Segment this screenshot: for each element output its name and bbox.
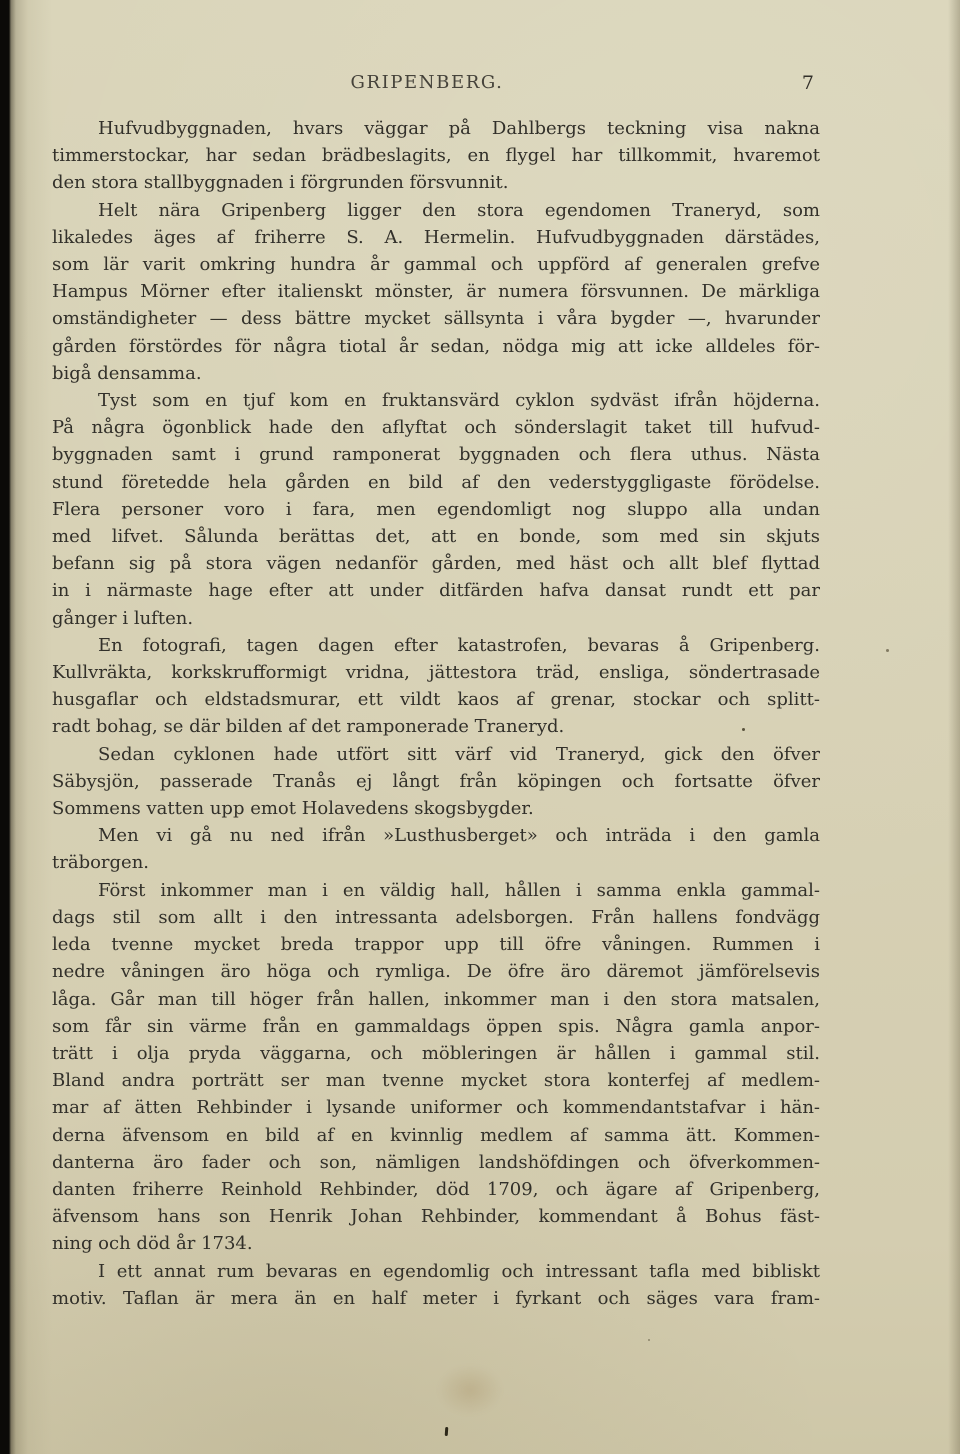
paragraph: Men vi gå nu ned ifrån »Lusthusberget» o… — [52, 822, 820, 876]
text-line: dags stil som allt i den intressanta ade… — [52, 904, 820, 931]
text-line: husgaflar och eldstadsmurar, ett vildt k… — [52, 686, 820, 713]
text-line: äfvensom hans son Henrik Johan Rehbinder… — [52, 1203, 820, 1230]
scan-stain-artifact — [425, 1355, 515, 1425]
scan-mark-artifact — [445, 1427, 449, 1436]
text-line: Tyst som en tjuf kom en fruktansvärd cyk… — [52, 387, 820, 414]
scan-speck-artifact — [886, 649, 889, 652]
body-text: Hufvudbyggnaden, hvars väggar på Dahlber… — [52, 115, 820, 1312]
page-left-edge-shadow — [0, 0, 54, 1454]
text-line: befann sig på stora vägen nedanför gårde… — [52, 550, 820, 577]
text-line: trätt i olja pryda väggarna, och möbleri… — [52, 1040, 820, 1067]
text-line: Bland andra porträtt ser man tvenne myck… — [52, 1067, 820, 1094]
page-right-edge-shadow — [948, 0, 960, 1454]
text-line: motiv. Taflan är mera än en half meter i… — [52, 1285, 820, 1312]
text-line: Flera personer voro i fara, men egendoml… — [52, 496, 820, 523]
text-line: danten friherre Reinhold Rehbinder, död … — [52, 1176, 820, 1203]
paragraph: En fotografi, tagen dagen efter katastro… — [52, 632, 820, 741]
text-line: Säbysjön, passerade Tranås ej långt från… — [52, 768, 820, 795]
text-line: Men vi gå nu ned ifrån »Lusthusberget» o… — [52, 822, 820, 849]
text-line: träborgen. — [52, 849, 820, 876]
paragraph: Tyst som en tjuf kom en fruktansvärd cyk… — [52, 387, 820, 632]
text-line: Sommens vatten upp emot Holavedens skogs… — [52, 795, 820, 822]
text-line: timmerstockar, har sedan brädbeslagits, … — [52, 142, 820, 169]
text-line: stund företedde hela gården en bild af d… — [52, 469, 820, 496]
text-line: Hampus Mörner efter italienskt mönster, … — [52, 278, 820, 305]
text-line: På några ögonblick hade den aflyftat och… — [52, 414, 820, 441]
text-line: ning och död år 1734. — [52, 1230, 820, 1257]
text-line: radt bohag, se där bilden af det rampone… — [52, 713, 820, 740]
text-line: En fotografi, tagen dagen efter katastro… — [52, 632, 820, 659]
paragraph: I ett annat rum bevaras en egendomlig oc… — [52, 1258, 820, 1312]
running-title: GRIPENBERG. — [350, 72, 503, 93]
text-line: gården förstördes för några tiotal år se… — [52, 333, 820, 360]
text-line: Kullvräkta, korkskrufformigt vridna, jät… — [52, 659, 820, 686]
text-line: danterna äro fader och son, nämligen lan… — [52, 1149, 820, 1176]
text-line: som lär varit omkring hundra år gammal o… — [52, 251, 820, 278]
scan-speck-artifact — [648, 1339, 650, 1341]
running-header: GRIPENBERG. 7 — [52, 72, 820, 96]
text-line: gånger i luften. — [52, 605, 820, 632]
text-line: omständigheter — dess bättre mycket säll… — [52, 305, 820, 332]
text-line: Hufvudbyggnaden, hvars väggar på Dahlber… — [52, 115, 820, 142]
text-line: mar af ätten Rehbinder i lysande uniform… — [52, 1094, 820, 1121]
text-line: leda tvenne mycket breda trappor upp til… — [52, 931, 820, 958]
text-line: den stora stallbyggnaden i förgrunden fö… — [52, 169, 820, 196]
text-line: in i närmaste hage efter att under ditfä… — [52, 577, 820, 604]
text-line: med lifvet. Sålunda berättas det, att en… — [52, 523, 820, 550]
text-line: I ett annat rum bevaras en egendomlig oc… — [52, 1258, 820, 1285]
text-line: Helt nära Gripenberg ligger den stora eg… — [52, 197, 820, 224]
text-line: byggnaden samt i grund ramponerat byggna… — [52, 441, 820, 468]
text-line: bigå densamma. — [52, 360, 820, 387]
text-line: som får sin värme från en gammaldags öpp… — [52, 1013, 820, 1040]
paragraph: Hufvudbyggnaden, hvars väggar på Dahlber… — [52, 115, 820, 197]
text-line: Sedan cyklonen hade utfört sitt värf vid… — [52, 741, 820, 768]
page-number: 7 — [802, 72, 814, 94]
book-page: GRIPENBERG. 7 Hufvudbyggnaden, hvars väg… — [0, 0, 960, 1454]
paragraph: Sedan cyklonen hade utfört sitt värf vid… — [52, 741, 820, 823]
text-line: låga. Går man till höger från hallen, in… — [52, 986, 820, 1013]
paragraph: Helt nära Gripenberg ligger den stora eg… — [52, 197, 820, 387]
text-line: nedre våningen äro höga och rymliga. De … — [52, 958, 820, 985]
paragraph: Först inkommer man i en väldig hall, hål… — [52, 877, 820, 1258]
text-line: Först inkommer man i en väldig hall, hål… — [52, 877, 820, 904]
text-line: likaledes äges af friherre S. A. Hermeli… — [52, 224, 820, 251]
text-line: derna äfvensom en bild af en kvinnlig me… — [52, 1122, 820, 1149]
